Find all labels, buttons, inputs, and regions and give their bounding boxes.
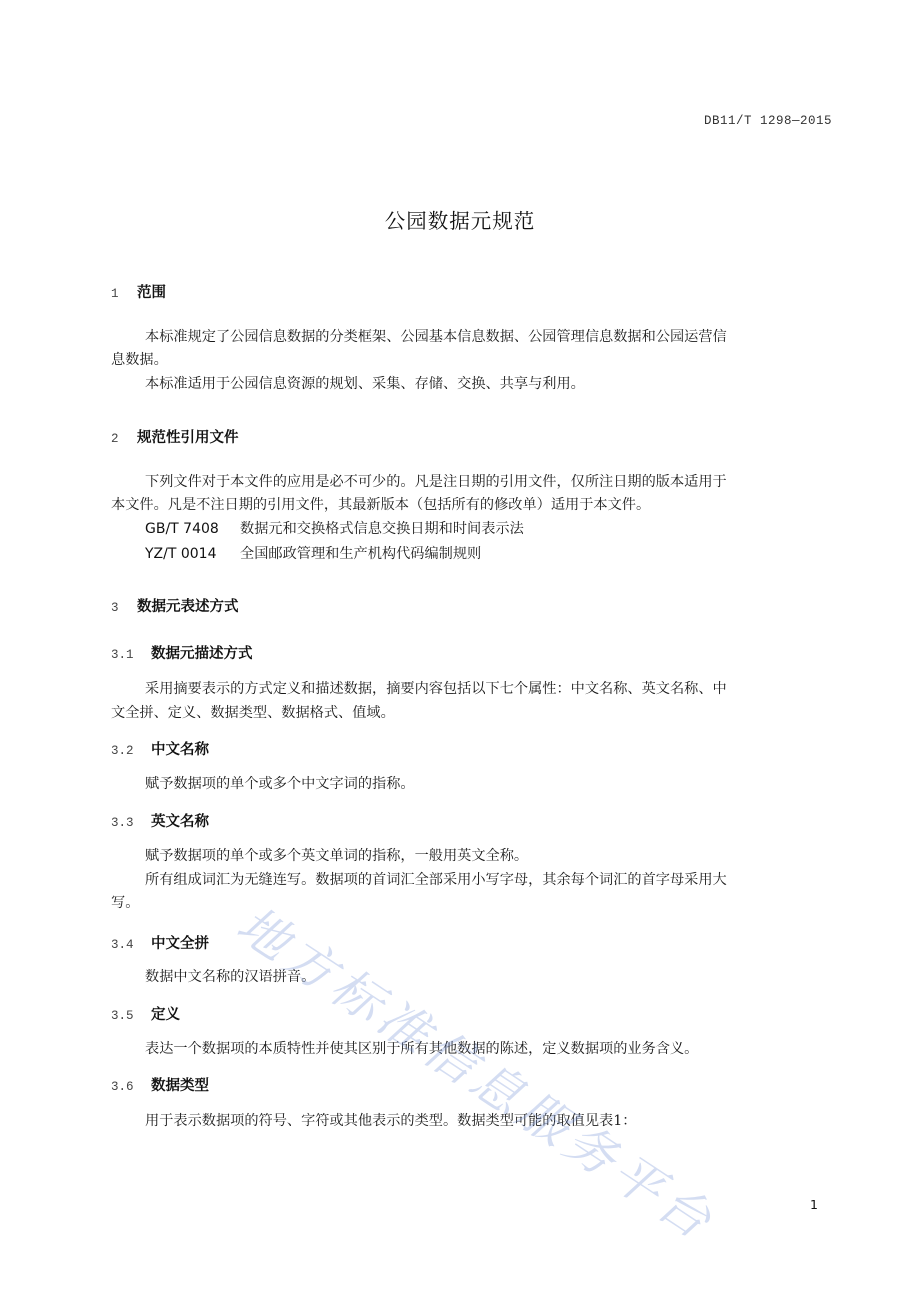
paragraph-continuation: 本文件。凡是不注日期的引用文件，其最新版本（包括所有的修改单）适用于本文件。 [111, 494, 650, 517]
subsection-number: 3.1 [111, 648, 151, 662]
subsection-title: 数据类型 [151, 1078, 209, 1094]
paragraph: 本标准适用于公园信息资源的规划、采集、存储、交换、共享与利用。 [145, 373, 585, 396]
paragraph: 数据中文名称的汉语拼音。 [145, 966, 315, 989]
paragraph-continuation: 文全拼、定义、数据类型、数据格式、值域。 [111, 702, 395, 725]
reference-title: 数据元和交换格式信息交换日期和时间表示法 [240, 521, 524, 537]
paragraph-continuation: 息数据。 [111, 349, 168, 372]
subsection-number: 3.4 [111, 938, 151, 952]
paragraph: 本标准规定了公园信息数据的分类框架、公园基本信息数据、公园管理信息数据和公园运营… [145, 326, 727, 349]
section-number: 3 [111, 601, 137, 615]
subsection-title: 中文名称 [151, 742, 209, 758]
reference-code: GB/T 7408 [145, 518, 240, 541]
subsection-number: 3.5 [111, 1009, 151, 1023]
subsection-number: 3.3 [111, 816, 151, 830]
subsection-number: 3.6 [111, 1080, 151, 1094]
reference-item: GB/T 7408数据元和交换格式信息交换日期和时间表示法 [145, 518, 524, 541]
reference-item: YZ/T 0014全国邮政管理和生产机构代码编制规则 [145, 543, 481, 566]
subsection-title: 中文全拼 [151, 936, 209, 952]
section-title: 数据元表述方式 [137, 599, 239, 615]
section-heading-2: 2规范性引用文件 [111, 426, 239, 447]
subsection-title: 英文名称 [151, 814, 209, 830]
subsection-heading-3-5: 3.5定义 [111, 1003, 180, 1024]
subsection-heading-3-4: 3.4中文全拼 [111, 932, 209, 953]
subsection-heading-3-3: 3.3英文名称 [111, 810, 209, 831]
subsection-heading-3-2: 3.2中文名称 [111, 738, 209, 759]
subsection-heading-3-1: 3.1数据元描述方式 [111, 642, 253, 663]
watermark-text: 地方标准信息服务平台 [225, 886, 732, 1255]
section-title: 规范性引用文件 [137, 430, 239, 446]
document-code: DB11/T 1298—2015 [704, 114, 832, 128]
page-number: 1 [810, 1197, 818, 1212]
subsection-title: 定义 [151, 1007, 180, 1023]
paragraph: 表达一个数据项的本质特性并使其区别于所有其他数据的陈述，定义数据项的业务含义。 [145, 1038, 698, 1061]
paragraph: 赋予数据项的单个或多个英文单词的指称，一般用英文全称。 [145, 845, 528, 868]
paragraph: 赋予数据项的单个或多个中文字词的指称。 [145, 773, 415, 796]
paragraph: 用于表示数据项的符号、字符或其他表示的类型。数据类型可能的取值见表1： [145, 1110, 636, 1133]
section-number: 2 [111, 432, 137, 446]
section-number: 1 [111, 287, 137, 301]
paragraph: 下列文件对于本文件的应用是必不可少的。凡是注日期的引用文件，仅所注日期的版本适用… [145, 471, 727, 494]
subsection-heading-3-6: 3.6数据类型 [111, 1074, 209, 1095]
section-heading-3: 3数据元表述方式 [111, 595, 239, 616]
page-title: 公园数据元规范 [0, 204, 920, 234]
reference-code: YZ/T 0014 [145, 543, 240, 566]
paragraph: 采用摘要表示的方式定义和描述数据，摘要内容包括以下七个属性：中文名称、英文名称、… [145, 678, 727, 701]
reference-title: 全国邮政管理和生产机构代码编制规则 [240, 546, 481, 562]
paragraph: 所有组成词汇为无缝连写。数据项的首词汇全部采用小写字母，其余每个词汇的首字母采用… [145, 869, 727, 892]
paragraph-continuation: 写。 [111, 892, 139, 915]
section-title: 范围 [137, 285, 166, 301]
subsection-number: 3.2 [111, 744, 151, 758]
section-heading-1: 1范围 [111, 281, 166, 302]
subsection-title: 数据元描述方式 [151, 646, 253, 662]
